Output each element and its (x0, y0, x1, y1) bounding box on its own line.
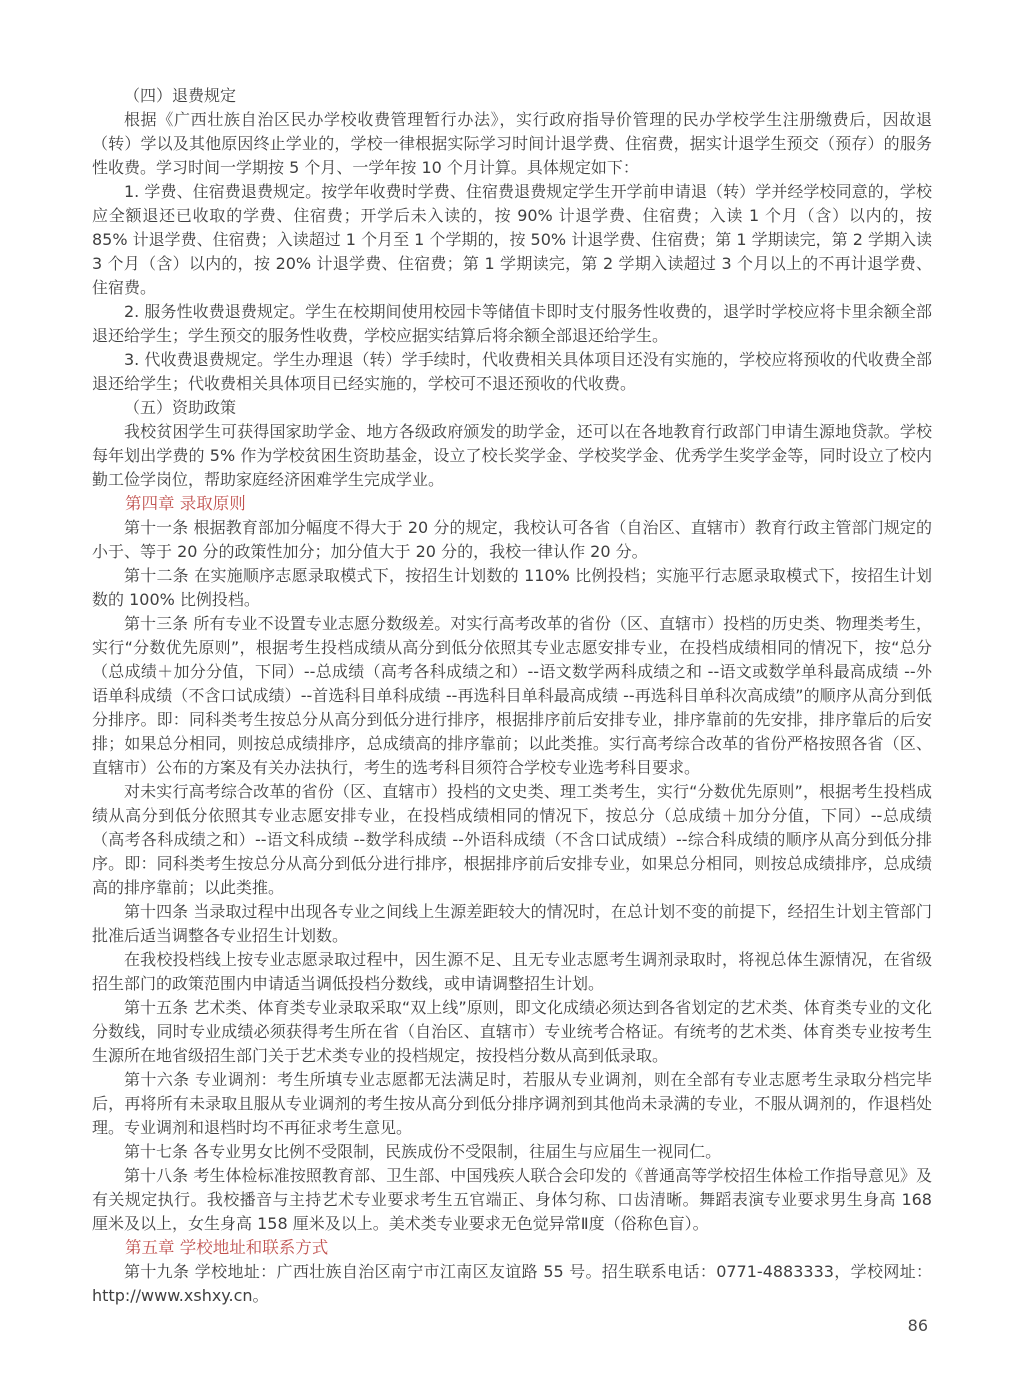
paragraph: 2. 服务性收费退费规定。学生在校期间使用校园卡等储值卡即时支付服务性收费的，退… (92, 300, 932, 348)
page-number: 86 (908, 1316, 928, 1335)
paragraph: 根据《广西壮族自治区民办学校收费管理暂行办法》，实行政府指导价管理的民办学校学生… (92, 108, 932, 180)
paragraph: 第十六条 专业调剂：考生所填专业志愿都无法满足时，若服从专业调剂，则在全部有专业… (92, 1068, 932, 1140)
subsection-heading-aid: （五）资助政策 (92, 396, 932, 420)
paragraph: 第十四条 当录取过程中出现各专业之间线上生源差距较大的情况时，在总计划不变的前提… (92, 900, 932, 948)
paragraph: 第十八条 考生体检标准按照教育部、卫生部、中国残疾人联合会印发的《普通高等学校招… (92, 1164, 932, 1236)
page-content: （四）退费规定 根据《广西壮族自治区民办学校收费管理暂行办法》，实行政府指导价管… (92, 84, 932, 1308)
paragraph: 第十三条 所有专业不设置专业志愿分数级差。对实行高考改革的省份（区、直辖市）投档… (92, 612, 932, 780)
document-page: （四）退费规定 根据《广西壮族自治区民办学校收费管理暂行办法》，实行政府指导价管… (0, 0, 1024, 1397)
paragraph: 1. 学费、住宿费退费规定。按学年收费时学费、住宿费退费规定学生开学前申请退（转… (92, 180, 932, 300)
chapter-5-heading: 第五章 学校地址和联系方式 (92, 1236, 932, 1260)
chapter-4-heading: 第四章 录取原则 (92, 492, 932, 516)
paragraph: 第十七条 各专业男女比例不受限制，民族成份不受限制，往届生与应届生一视同仁。 (92, 1140, 932, 1164)
paragraph: 3. 代收费退费规定。学生办理退（转）学手续时，代收费相关具体项目还没有实施的，… (92, 348, 932, 396)
paragraph: 第十二条 在实施顺序志愿录取模式下，按招生计划数的 110% 比例投档；实施平行… (92, 564, 932, 612)
paragraph: 对未实行高考综合改革的省份（区、直辖市）投档的文史类、理工类考生，实行“分数优先… (92, 780, 932, 900)
paragraph: 第十五条 艺术类、体育类专业录取采取“双上线”原则，即文化成绩必须达到各省划定的… (92, 996, 932, 1068)
paragraph: 第十九条 学校地址：广西壮族自治区南宁市江南区友谊路 55 号。招生联系电话：0… (92, 1260, 932, 1308)
subsection-heading-refund: （四）退费规定 (92, 84, 932, 108)
paragraph: 在我校投档线上按专业志愿录取过程中，因生源不足、且无专业志愿考生调剂录取时，将视… (92, 948, 932, 996)
paragraph: 我校贫困学生可获得国家助学金、地方各级政府颁发的助学金，还可以在各地教育行政部门… (92, 420, 932, 492)
paragraph: 第十一条 根据教育部加分幅度不得大于 20 分的规定，我校认可各省（自治区、直辖… (92, 516, 932, 564)
